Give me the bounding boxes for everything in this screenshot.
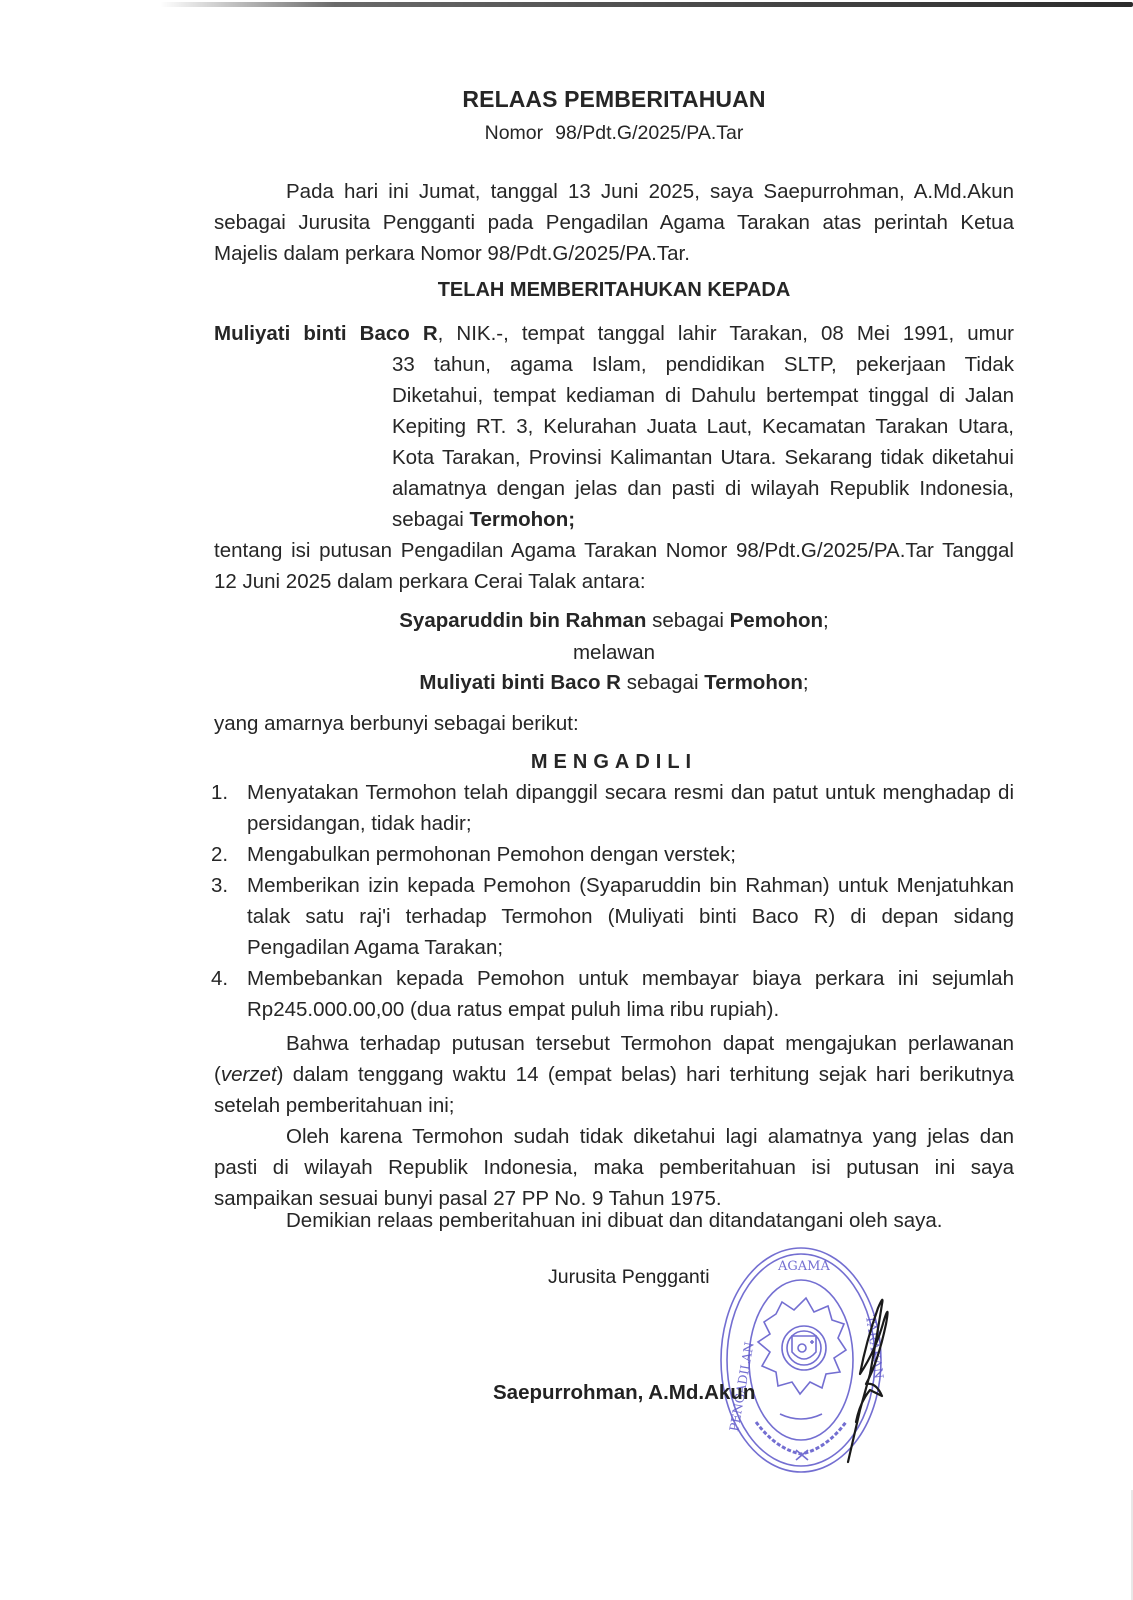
- verdict-item-text: Mengabulkan permohonan Pemohon dengan ve…: [247, 843, 736, 866]
- stamp-text-top: AGAMA: [777, 1259, 830, 1274]
- verdict-item-text: Membebankan kepada Pemohon untuk membaya…: [247, 967, 1014, 1021]
- verdict-item: 3. Memberikan izin kepada Pemohon (Syapa…: [214, 870, 1014, 963]
- document-title: RELAAS PEMBERITAHUAN: [214, 86, 1014, 113]
- subject-paragraph: tentang isi putusan Pengadilan Agama Tar…: [214, 535, 1014, 597]
- handwritten-signature: [830, 1290, 900, 1470]
- verdict-item-number: 4.: [211, 963, 228, 994]
- document-number-value: 98/Pdt.G/2025/PA.Tar: [555, 122, 743, 144]
- scan-top-edge: [160, 2, 1133, 7]
- applicant-as: sebagai: [646, 609, 729, 632]
- appeal-paragraph: Bahwa terhadap putusan tersebut Termohon…: [214, 1028, 1014, 1121]
- notified-heading: TELAH MEMBERITAHUKAN KEPADA: [214, 279, 1014, 302]
- verdict-item: 4. Membebankan kepada Pemohon untuk memb…: [214, 963, 1014, 1025]
- document-number: Nomor98/Pdt.G/2025/PA.Tar: [214, 122, 1014, 145]
- respondent-line: Muliyati binti Baco R sebagai Termohon;: [214, 667, 1014, 698]
- recipient-role: Termohon;: [470, 508, 576, 531]
- document-number-label: Nomor: [485, 122, 544, 144]
- recipient-name: Muliyati binti Baco R: [214, 322, 438, 345]
- verdict-item-number: 1.: [211, 777, 228, 808]
- opening-paragraph: Pada hari ini Jumat, tanggal 13 Juni 202…: [214, 176, 1014, 269]
- recipient-details: 33 tahun, agama Islam, pendidikan SLTP, …: [392, 349, 1014, 535]
- recipient-first-line-rest: , NIK.-, tempat tanggal lahir Tarakan, 0…: [438, 322, 1014, 345]
- appeal-text-after: ) dalam tenggang waktu 14 (empat belas) …: [214, 1063, 1014, 1117]
- verdict-list: 1. Menyatakan Termohon telah dipanggil s…: [214, 777, 1014, 1025]
- respondent-role: Termohon: [704, 671, 803, 694]
- verdict-item: 2. Mengabulkan permohonan Pemohon dengan…: [214, 839, 1014, 870]
- verdict-item-text: Memberikan izin kepada Pemohon (Syaparud…: [247, 874, 1014, 959]
- recipient-details-text: 33 tahun, agama Islam, pendidikan SLTP, …: [392, 353, 1014, 531]
- verdict-item-number: 2.: [211, 839, 228, 870]
- respondent-name: Muliyati binti Baco R: [419, 671, 621, 694]
- verdict-item: 1. Menyatakan Termohon telah dipanggil s…: [214, 777, 1014, 839]
- respondent-semicolon: ;: [803, 671, 809, 694]
- verdict-intro: yang amarnya berbunyi sebagai berikut:: [214, 708, 1014, 739]
- applicant-role: Pemohon: [730, 609, 823, 632]
- closing-paragraph: Demikian relaas pemberitahuan ini dibuat…: [214, 1205, 1014, 1236]
- signatory-position: Jurusita Pengganti: [548, 1266, 710, 1289]
- applicant-line: Syaparuddin bin Rahman sebagai Pemohon;: [214, 605, 1014, 636]
- recipient-first-line: Muliyati binti Baco R, NIK.-, tempat tan…: [214, 318, 1014, 349]
- signatory-name: Saepurrohman, A.Md.Akun: [493, 1381, 755, 1405]
- respondent-as: sebagai: [621, 671, 704, 694]
- versus-line: melawan: [214, 637, 1014, 668]
- verdict-item-number: 3.: [211, 870, 228, 901]
- applicant-semicolon: ;: [823, 609, 829, 632]
- verdict-item-text: Menyatakan Termohon telah dipanggil seca…: [247, 781, 1014, 835]
- appeal-term-verzet: verzet: [221, 1063, 277, 1086]
- legal-basis-paragraph: Oleh karena Termohon sudah tidak diketah…: [214, 1121, 1014, 1214]
- verdict-heading: MENGADILI: [214, 751, 1014, 774]
- applicant-name: Syaparuddin bin Rahman: [399, 609, 646, 632]
